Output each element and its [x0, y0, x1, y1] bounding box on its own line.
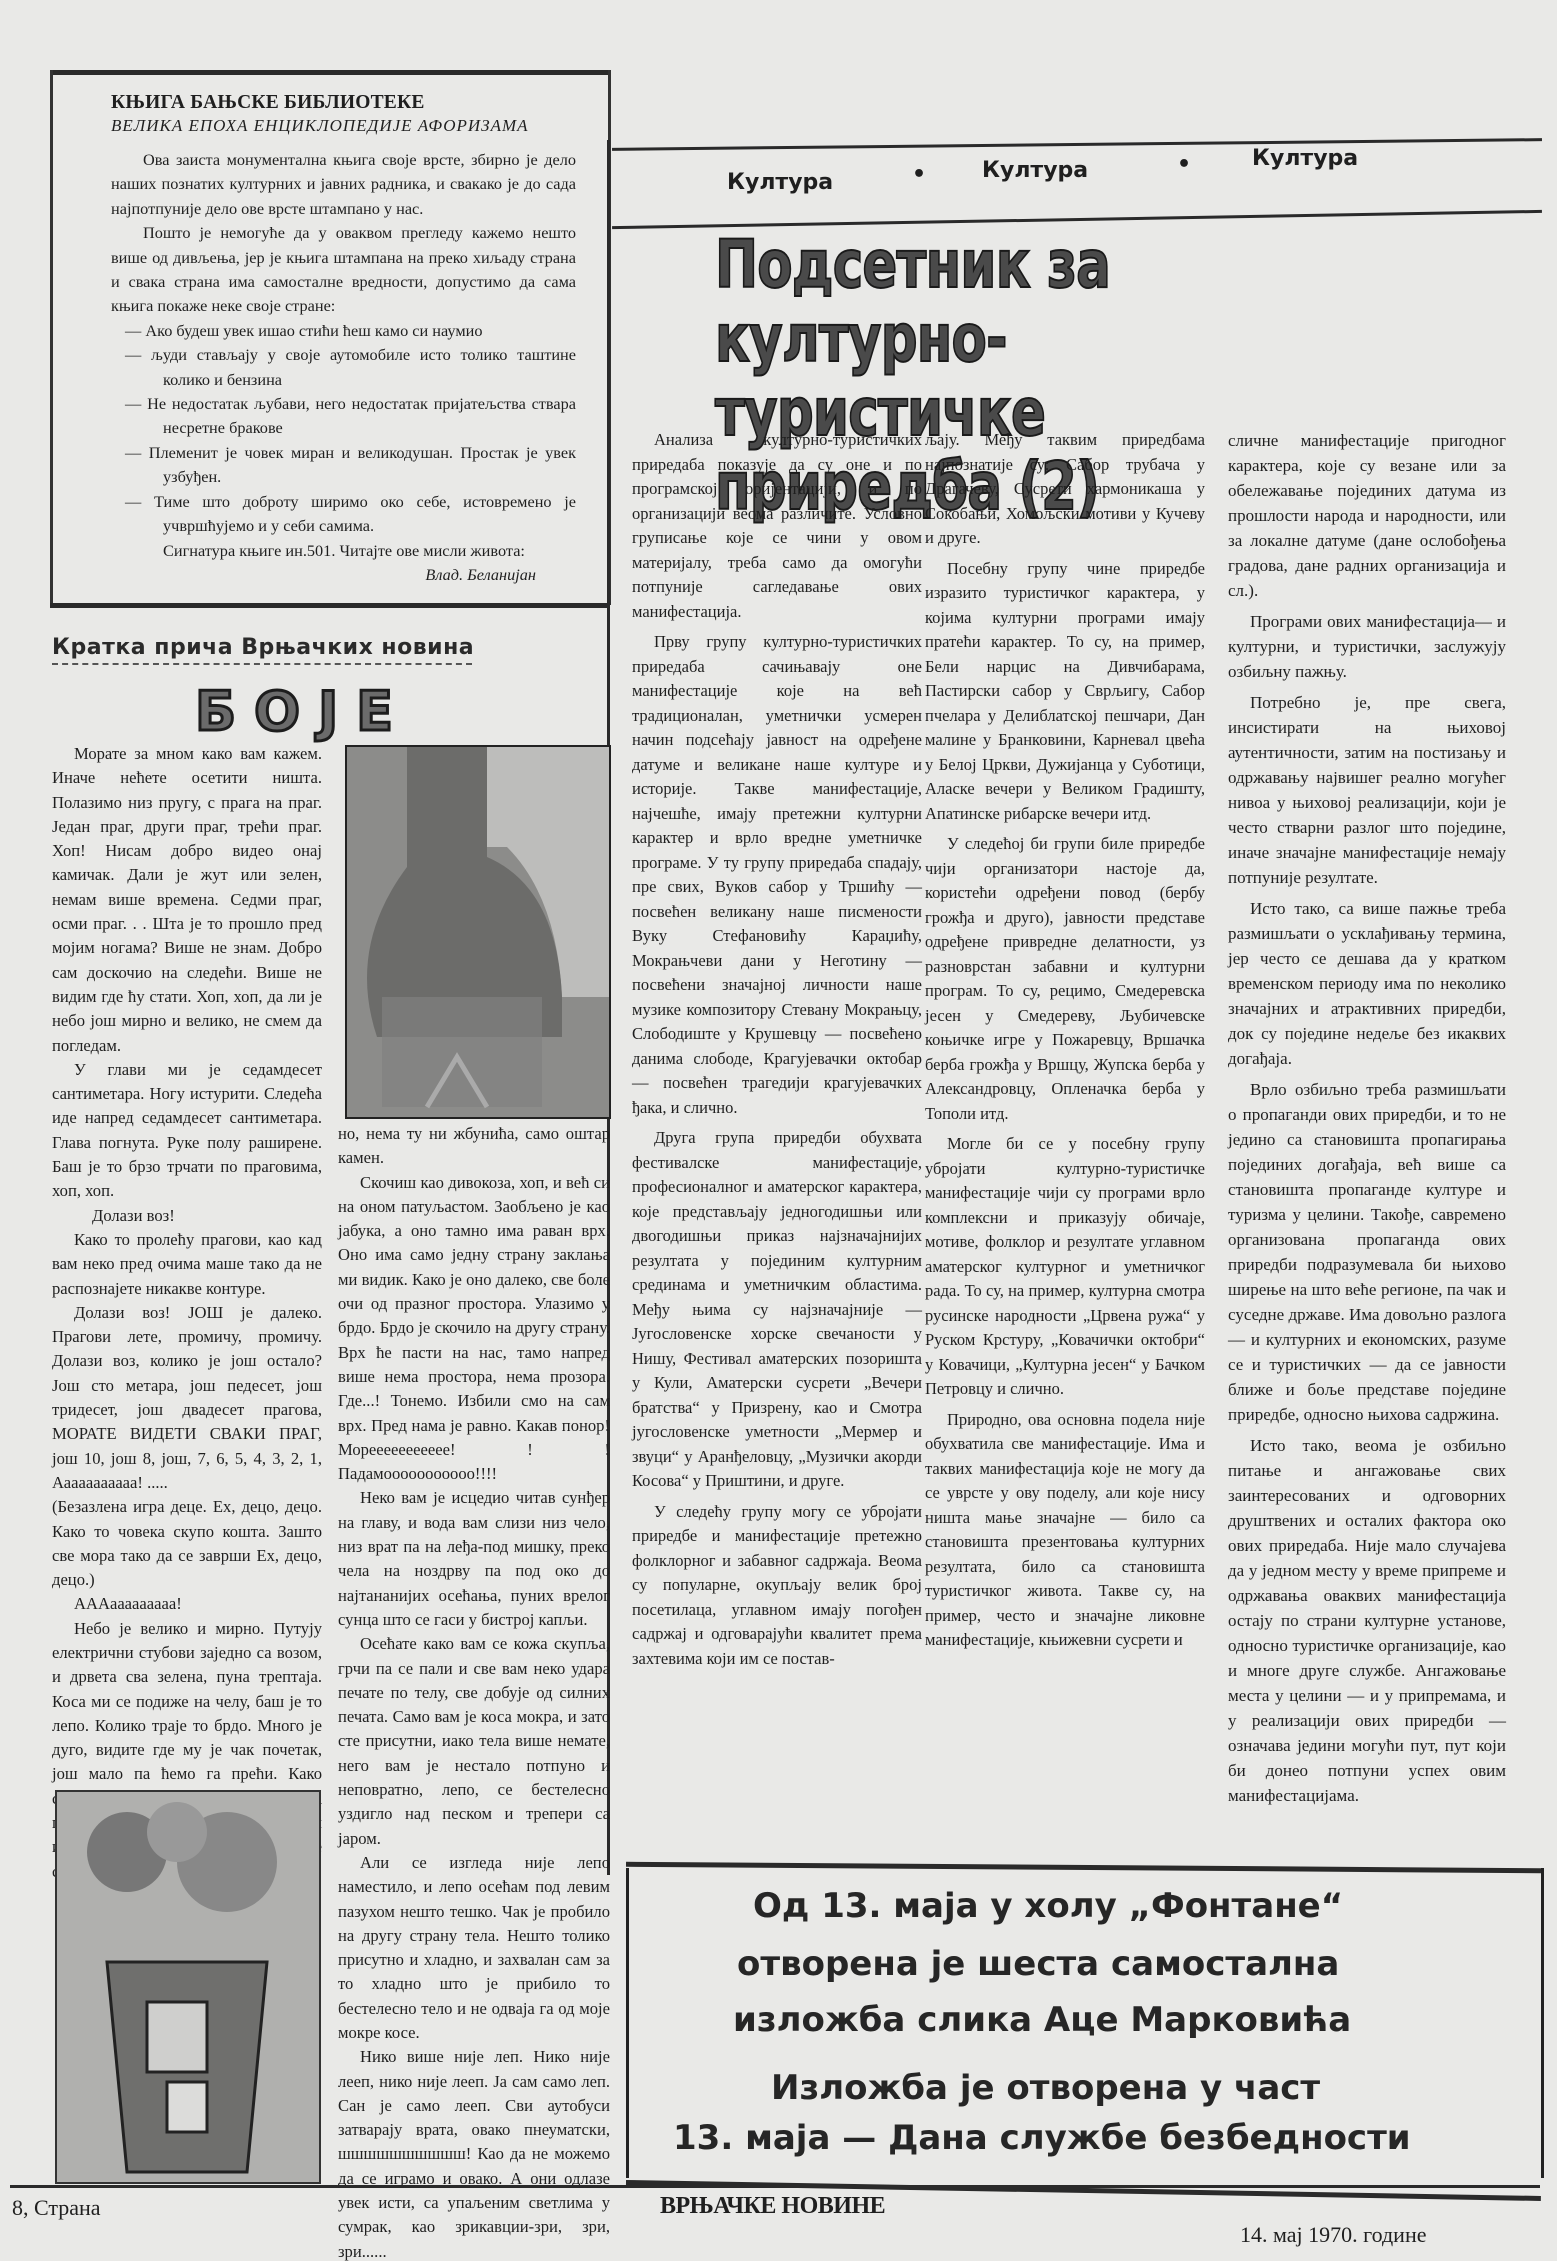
section-band: Култура • Култура • Култура [612, 148, 1542, 208]
library-signature: Сигнатура књиге ин.501. Читајте ове мисл… [111, 539, 576, 563]
aphorism-item: Племенит је човек миран и великодушан. П… [111, 441, 576, 490]
story-paragraph: Долази воз! ЈОШ је далеко. Прагови лете,… [52, 1301, 322, 1495]
aphorism-item: Тиме што доброту ширимо око себе, истовр… [111, 490, 576, 539]
story-paragraph: Осећате како вам се кожа скупља, грчи па… [338, 1632, 610, 1851]
section-label: Култура [727, 170, 833, 195]
painting-image [345, 745, 611, 1119]
issue-date: 14. мај 1970. године [1240, 2222, 1427, 2248]
kicker-rule [52, 663, 472, 667]
library-paragraph: Ова заиста монументална књига своје врст… [111, 148, 576, 221]
headline-line: Подсетник за културно- [715, 228, 1339, 376]
library-book-box: КЊИГА БАЊСКЕ БИБЛИОТЕКЕ ВЕЛИКА ЕПОХА ЕНЦ… [50, 70, 611, 605]
still-life-painting-icon [57, 1792, 319, 2182]
article-paragraph: Програми ових манифестација— и културни,… [1228, 609, 1506, 684]
article-paragraph: Исто тако, веома је озбиљно питање и анг… [1228, 1433, 1506, 1808]
article-paragraph: Исто тако, са више пажње треба размишљат… [1228, 896, 1506, 1071]
box-bottom-rule [50, 603, 608, 608]
story-paragraph: но, нема ту ни жбунића, само оштар камен… [338, 1122, 610, 1171]
vase-painting-icon [347, 747, 609, 1117]
announcement-line: Изложба је отворена у част [771, 2068, 1320, 2108]
article-column-2: љају. Међу таквим приредбама најпознатиј… [925, 428, 1205, 1659]
story-kicker: Кратка прича Врњачких новина [52, 635, 474, 660]
aphorism-item: људи стављају у своје аутомобиле исто то… [111, 343, 576, 392]
library-box-title: КЊИГА БАЊСКЕ БИБЛИОТЕКЕ [111, 92, 425, 114]
article-paragraph: Посебну групу чине приредбе изразито тур… [925, 557, 1205, 827]
story-title: БОЈЕ [195, 680, 411, 743]
library-box-body: Ова заиста монументална књига своје врст… [111, 148, 576, 587]
story-paragraph: Нико више није леп. Нико није леeп, нико… [338, 2045, 610, 2261]
library-box-subtitle: ВЕЛИКА ЕПОХА ЕНЦИКЛОПЕДИЈЕ АФОРИЗАМА [111, 116, 529, 136]
story-paragraph: Морате за мном како вам кажем. Иначе нећ… [52, 742, 322, 1058]
aphorism-item: Ако будеш увек ишао стићи ћеш камо си на… [111, 319, 576, 343]
story-paragraph: Скочиш као дивокоза, хоп, и већ си на он… [338, 1171, 610, 1487]
article-paragraph: У следећу групу могу се убројати приредб… [632, 1500, 922, 1672]
exhibition-announcement: Од 13. маја у холу „Фонтане“ отворена је… [626, 1868, 1544, 2178]
story-paragraph: ААAааааааааа! [52, 1592, 322, 1616]
section-label: Култура [1252, 146, 1358, 171]
story-paragraph: Али се изгледа није лепо наместило, и ле… [338, 1851, 610, 2045]
story-paragraph: Неко вам је исцедио читав сунђер на глав… [338, 1486, 610, 1632]
article-paragraph: Друга група приредби обухвата фестивалск… [632, 1126, 922, 1494]
announcement-line: 13. маја — Дана службе безбедности [673, 2118, 1411, 2158]
aphorism-item: Не недостатак љубави, него недостатак пр… [111, 392, 576, 441]
announcement-line: отворена је шеста самостална [737, 1944, 1339, 1984]
section-label: Култура [982, 158, 1088, 183]
announcement-line: Од 13. маја у холу „Фонтане“ [753, 1886, 1343, 1926]
aphorism-list: Ако будеш увек ишао стићи ћеш камо си на… [111, 319, 576, 539]
article-paragraph: Анализа културно-туристичких приредаба п… [632, 428, 922, 624]
separator-dot-icon: • [1177, 152, 1191, 177]
story-paragraph: У глави ми је седамдесет сантиметара. Но… [52, 1058, 322, 1204]
story-paragraph: Како то пролећу прагови, као кад вам нек… [52, 1228, 322, 1301]
article-paragraph: Природно, ова основна подела није обухва… [925, 1408, 1205, 1653]
article-column-3: сличне манифестације пригодног карактера… [1228, 428, 1506, 1814]
page-number: 8, Страна [12, 2195, 101, 2221]
article-column-1: Анализа културно-туристичких приредаба п… [632, 428, 922, 1677]
masthead: ВРЊАЧКЕ НОВИНЕ [660, 2193, 885, 2220]
story-paragraph: (Безазлена игра деце. Ех, децо, децо. Ка… [52, 1495, 322, 1592]
article-paragraph: сличне манифестације пригодног карактера… [1228, 428, 1506, 603]
separator-dot-icon: • [912, 162, 926, 187]
library-author: Влад. Беланијан [111, 563, 576, 587]
article-paragraph: Прву групу културно-туристичких приредаб… [632, 630, 922, 1120]
article-paragraph: љају. Међу таквим приредбама најпознатиј… [925, 428, 1205, 551]
article-paragraph: Могле би се у посебну групу убројати кул… [925, 1132, 1205, 1402]
announcement-line: изложба слика Аце Марковића [733, 2000, 1351, 2040]
article-paragraph: У следећој би групи биле приредбе чији о… [925, 832, 1205, 1126]
article-paragraph: Потребно је, пре свега, инсистирати на њ… [1228, 690, 1506, 890]
still-life-image [55, 1790, 321, 2184]
library-paragraph: Пошто је немогуће да у оваквом прегледу … [111, 221, 576, 319]
story-column-1: Морате за мном како вам кажем. Иначе нећ… [52, 742, 322, 1884]
story-column-2: но, нема ту ни жбунића, само оштар камен… [338, 1122, 610, 2261]
footer-rule [10, 2185, 1540, 2188]
story-paragraph: Долази воз! [52, 1204, 322, 1228]
article-paragraph: Врло озбиљно треба размишљати о пропаган… [1228, 1077, 1506, 1427]
